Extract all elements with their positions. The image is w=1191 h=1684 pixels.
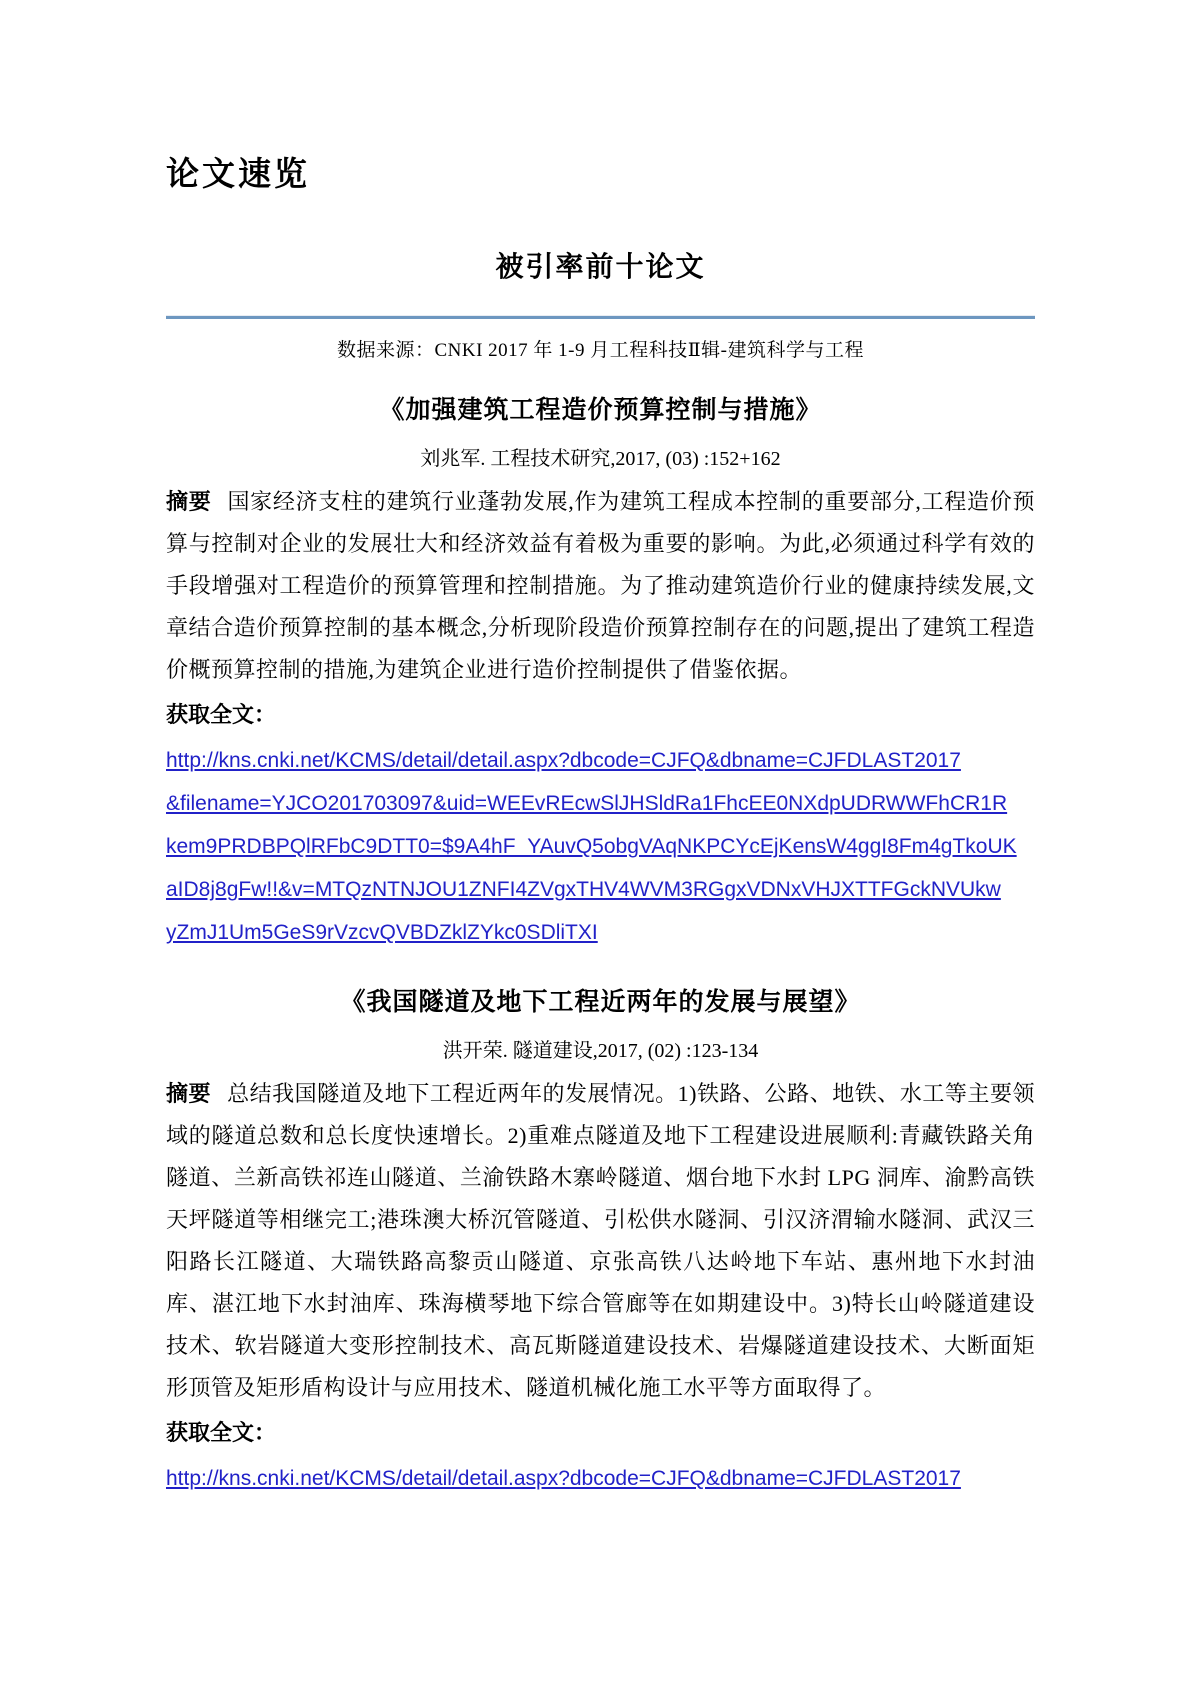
section-divider [166,315,1035,319]
paper-abstract: 摘要总结我国隧道及地下工程近两年的发展情况。1)铁路、公路、地铁、水工等主要领域… [166,1073,1035,1409]
paper-citation: 洪开荣. 隧道建设,2017, (02) :123-134 [166,1034,1035,1063]
fulltext-url-line[interactable]: yZmJ1Um5GeS9rVzcvQVBDZklZYkc0SDliTXI [166,911,1035,954]
fulltext-link[interactable]: http://kns.cnki.net/KCMS/detail/detail.a… [166,1457,1035,1500]
page-title: 论文速览 [166,148,1035,195]
abstract-text: 总结我国隧道及地下工程近两年的发展情况。1)铁路、公路、地铁、水工等主要领域的隧… [166,1081,1035,1400]
fulltext-label: 获取全文： [166,693,1035,737]
fulltext-url-line[interactable]: http://kns.cnki.net/KCMS/detail/detail.a… [166,739,1035,782]
fulltext-url-line[interactable]: http://kns.cnki.net/KCMS/detail/detail.a… [166,1457,1035,1500]
fulltext-link[interactable]: http://kns.cnki.net/KCMS/detail/detail.a… [166,739,1035,954]
paper-entry-2: 《我国隧道及地下工程近两年的发展与展望》 洪开荣. 隧道建设,2017, (02… [166,982,1035,1500]
data-source-line: 数据来源：CNKI 2017 年 1-9 月工程科技Ⅱ辑-建筑科学与工程 [166,335,1035,362]
paper-entry-1: 《加强建筑工程造价预算控制与措施》 刘兆军. 工程技术研究,2017, (03)… [166,390,1035,954]
abstract-text: 国家经济支柱的建筑行业蓬勃发展,作为建筑工程成本控制的重要部分,工程造价预算与控… [166,489,1035,682]
paper-abstract: 摘要国家经济支柱的建筑行业蓬勃发展,作为建筑工程成本控制的重要部分,工程造价预算… [166,481,1035,691]
paper-citation: 刘兆军. 工程技术研究,2017, (03) :152+162 [166,442,1035,471]
paper-title: 《加强建筑工程造价预算控制与措施》 [166,390,1035,426]
fulltext-label: 获取全文： [166,1411,1035,1455]
fulltext-url-line[interactable]: aID8j8gFw!!&v=MTQzNTNJOU1ZNFI4ZVgxTHV4WV… [166,868,1035,911]
abstract-label: 摘要 [166,489,211,514]
document-page: 论文速览 被引率前十论文 数据来源：CNKI 2017 年 1-9 月工程科技Ⅱ… [0,0,1191,1684]
abstract-label: 摘要 [166,1081,211,1106]
fulltext-url-line[interactable]: kem9PRDBPQlRFbC9DTT0=$9A4hF_YAuvQ5obgVAq… [166,825,1035,868]
fulltext-url-line[interactable]: &filename=YJCO201703097&uid=WEEvREcwSlJH… [166,782,1035,825]
section-title: 被引率前十论文 [166,245,1035,285]
paper-title: 《我国隧道及地下工程近两年的发展与展望》 [166,982,1035,1018]
